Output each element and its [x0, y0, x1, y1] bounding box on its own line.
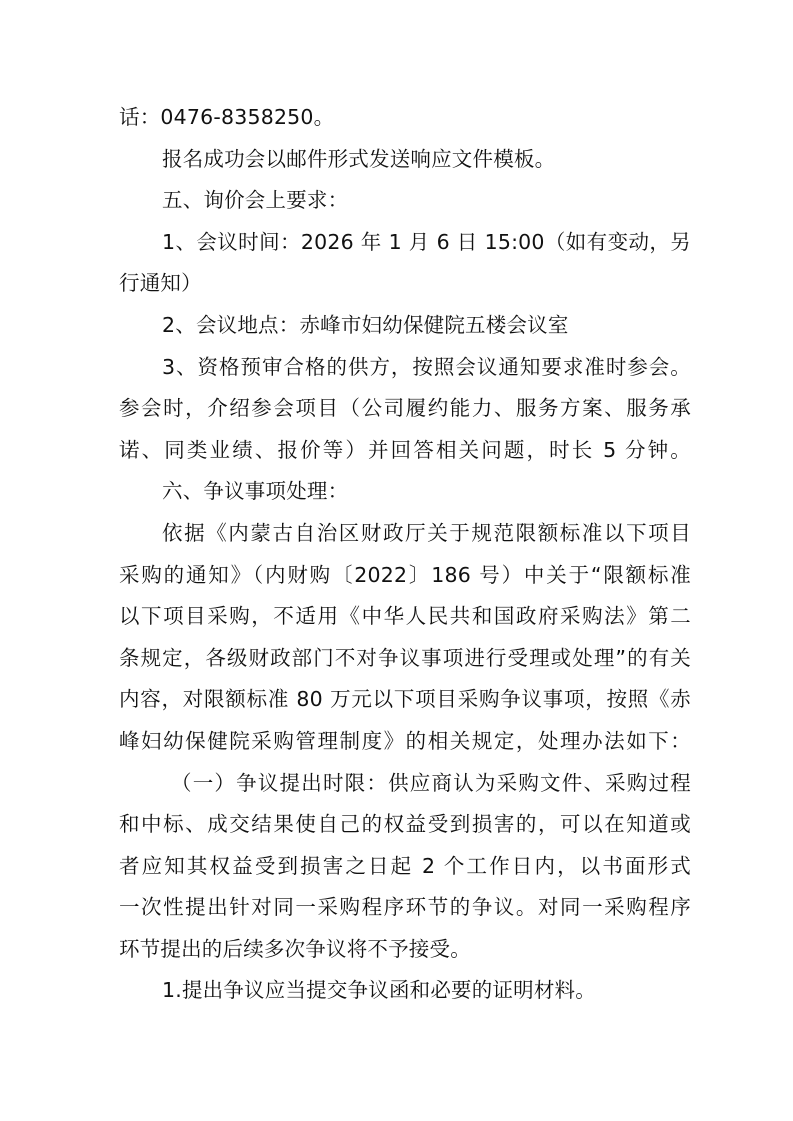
text-line: 参会时，介绍参会项目（公司履约能力、服务方案、服务承 — [119, 388, 691, 430]
text-line: 依据《内蒙古自治区财政厅关于规范限额标准以下项目 — [119, 513, 691, 555]
text-line: 以下项目采购，不适用《中华人民共和国政府采购法》第二 — [119, 596, 691, 638]
text-line: 3、资格预审合格的供方，按照会议通知要求准时参会。 — [119, 347, 691, 389]
section-heading: 六、争议事项处理： — [119, 471, 691, 513]
text-line: 内容，对限额标准 80 万元以下项目采购争议事项，按照《赤 — [119, 679, 691, 721]
text-line: 1、会议时间：2026 年 1 月 6 日 15:00（如有变动，另 — [119, 222, 691, 264]
text-line: 环节提出的后续多次争议将不予接受。 — [119, 929, 691, 971]
text-line: 行通知） — [119, 263, 691, 305]
text-line: 诺、同类业绩、报价等）并回答相关问题，时长 5 分钟。 — [119, 430, 691, 472]
text-line: 报名成功会以邮件形式发送响应文件模板。 — [119, 139, 691, 181]
text-line: 条规定，各级财政部门不对争议事项进行受理或处理”的有关 — [119, 638, 691, 680]
text-line: 一次性提出针对同一采购程序环节的争议。对同一采购程序 — [119, 887, 691, 929]
text-line: 采购的通知》（内财购〔2022〕186 号）中关于“限额标准 — [119, 555, 691, 597]
text-line: 话：0476-8358250。 — [119, 97, 691, 139]
text-line: 和中标、成交结果使自己的权益受到损害的，可以在知道或 — [119, 804, 691, 846]
text-line: 1.提出争议应当提交争议函和必要的证明材料。 — [119, 970, 691, 1012]
document-page: 话：0476-8358250。 报名成功会以邮件形式发送响应文件模板。 五、询价… — [119, 97, 691, 1012]
text-line: 峰妇幼保健院采购管理制度》的相关规定，处理办法如下： — [119, 721, 691, 763]
subsection-heading: （一）争议提出时限：供应商认为采购文件、采购过程 — [119, 763, 691, 805]
text-line: 2、会议地点：赤峰市妇幼保健院五楼会议室 — [119, 305, 691, 347]
text-line: 者应知其权益受到损害之日起 2 个工作日内，以书面形式 — [119, 846, 691, 888]
section-heading: 五、询价会上要求： — [119, 180, 691, 222]
